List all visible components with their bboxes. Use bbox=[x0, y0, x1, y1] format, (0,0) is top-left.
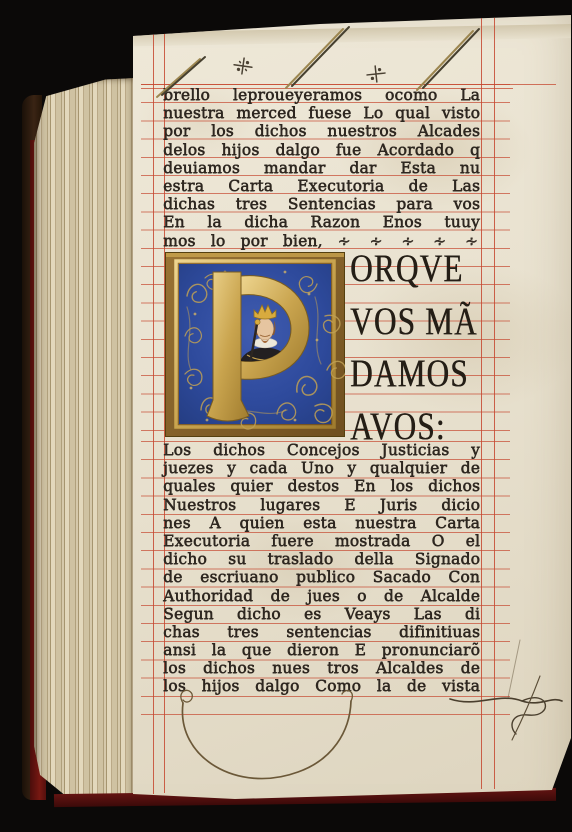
script-line: Executoria fuere mostrada O el bbox=[163, 532, 480, 550]
script-line-text: mos lo por bien, bbox=[163, 232, 323, 250]
script-line: quales quier destos En los dichos bbox=[163, 477, 480, 495]
script-line: ansi la que dieron E pronunciarõ bbox=[163, 641, 480, 659]
script-line: nes A quien esta nuestra Carta bbox=[163, 514, 480, 532]
top-text-block: brello leproueyeramos ocomo La nuestra m… bbox=[163, 86, 480, 250]
illuminated-initial-P bbox=[165, 252, 345, 437]
script-line: deuiamos mandar dar Esta nu bbox=[163, 159, 480, 177]
ruling-horizontal-top-extended bbox=[141, 84, 556, 85]
display-line: DAMOS bbox=[350, 349, 482, 402]
script-line: dichas tres Sentencias para vos bbox=[163, 195, 480, 213]
script-line: Nuestros lugares E Juris dicio bbox=[163, 496, 480, 514]
script-line: delos hijos dalgo fue Acordado q bbox=[163, 141, 480, 159]
script-line: dicho su traslado della Signado bbox=[163, 550, 480, 568]
script-line: brello leproueyeramos ocomo La bbox=[163, 86, 480, 104]
display-line: ORQVE bbox=[350, 244, 482, 297]
page-top-edge bbox=[133, 24, 571, 46]
lower-text-block: Los dichos Concejos Justicias y juezes y… bbox=[163, 441, 480, 696]
script-line: Segun dicho es Veays Las di bbox=[163, 605, 480, 623]
script-line: En la dicha Razon Enos tuuy bbox=[163, 213, 480, 231]
book-fore-edge-pages bbox=[34, 78, 136, 804]
script-line: Authoridad de jues o de Alcalde bbox=[163, 587, 480, 605]
script-line: nuestra merced fuese Lo qual visto bbox=[163, 104, 480, 122]
script-line: los hijos dalgo Como la de vista bbox=[163, 677, 480, 695]
illuminated-initial-panel bbox=[165, 252, 345, 437]
manuscript-photo: brello leproueyeramos ocomo La nuestra m… bbox=[0, 0, 572, 832]
script-line: chas tres sentencias difinitiuas bbox=[163, 623, 480, 641]
display-line-text: VOS MÃ bbox=[350, 297, 478, 347]
display-line-text: DAMOS bbox=[350, 349, 469, 399]
display-line: VOS MÃ bbox=[350, 297, 482, 350]
script-line: estra Carta Executoria de Las bbox=[163, 177, 480, 195]
display-line-text: ORQVE bbox=[350, 244, 463, 294]
script-line: de escriuano publico Sacado Con bbox=[163, 568, 480, 586]
script-line: por los dichos nuestros Alcades bbox=[163, 122, 480, 140]
script-line: los dichos nues tros Alcaldes de bbox=[163, 659, 480, 677]
script-line: juezes y cada Uno y qualquier de bbox=[163, 459, 480, 477]
display-capitals-block: ORQVE VOS MÃ DAMOS AVOS: bbox=[350, 244, 482, 454]
script-line: Los dichos Concejos Justicias y bbox=[163, 441, 480, 459]
